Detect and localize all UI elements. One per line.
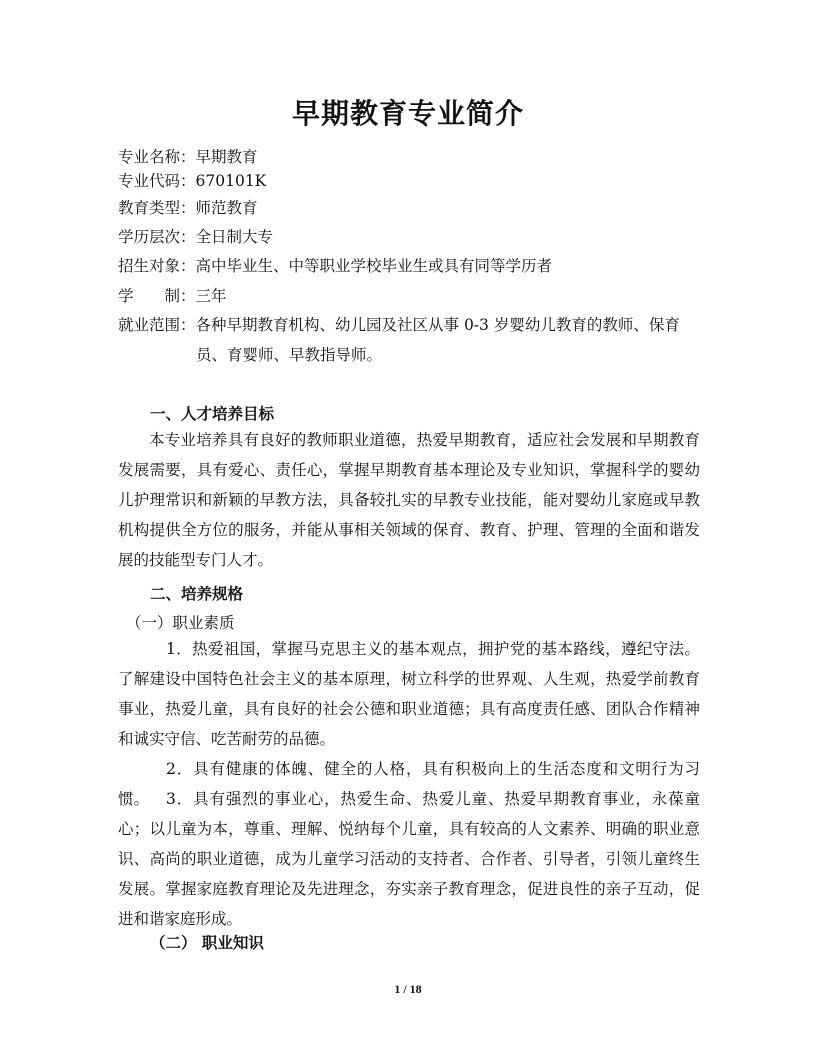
info-label: 教育类型： <box>118 198 196 218</box>
section-heading-training-spec: 二、培养规格 <box>150 584 243 604</box>
list-item-quality-3: 3．具有强烈的事业心，热爱生命、热爱儿童、热爱早期教育事业，永葆童心；以儿童为本… <box>118 784 700 934</box>
info-label: 学 制： <box>118 286 196 306</box>
info-label: 招生对象： <box>118 256 196 276</box>
info-education-type: 教育类型：师范教育 <box>118 198 258 218</box>
section-heading-training-goal: 一、人才培养目标 <box>150 404 274 424</box>
info-education-level: 学历层次：全日制大专 <box>118 227 273 247</box>
document-title: 早期教育专业简介 <box>0 92 816 132</box>
info-duration: 学 制：三年 <box>118 286 227 306</box>
paragraph-training-goal: 本专业培养具有良好的教师职业道德，热爱早期教育，适应社会发展和早期教育发展需要，… <box>118 425 700 575</box>
subsection-heading-professional-knowledge: （二） 职业知识 <box>150 933 264 953</box>
info-employment-scope: 就业范围：各种早期教育机构、幼儿园及社区从事 0-3 岁婴幼儿教育的教师、保育 <box>118 315 680 335</box>
info-label: 专业名称： <box>118 147 196 167</box>
info-major-name: 专业名称：早期教育 <box>118 147 258 167</box>
subsection-heading-professional-quality: （一）职业素质 <box>126 613 235 633</box>
info-value: 670101K <box>196 172 267 190</box>
info-value: 高中毕业生、中等职业学校毕业生或具有同等学历者 <box>196 257 553 275</box>
document-page: 早期教育专业简介 专业名称：早期教育 专业代码：670101K 教育类型：师范教… <box>0 0 816 1056</box>
page-indicator: 1 / 18 <box>0 982 816 997</box>
list-item-quality-1: 1．热爱祖国，掌握马克思主义的基本观点，拥护党的基本路线，遵纪守法。了解建设中国… <box>118 634 700 754</box>
info-employment-scope-continuation: 员、育婴师、早教指导师。 <box>196 345 382 365</box>
info-value: 全日制大专 <box>196 228 274 246</box>
info-major-code: 专业代码：670101K <box>118 171 266 191</box>
info-label: 学历层次： <box>118 227 196 247</box>
info-value: 师范教育 <box>196 199 258 217</box>
info-value: 各种早期教育机构、幼儿园及社区从事 0-3 岁婴幼儿教育的教师、保育 <box>196 316 680 334</box>
info-label: 就业范围： <box>118 315 196 335</box>
info-value: 早期教育 <box>196 148 258 166</box>
info-value: 三年 <box>196 287 227 305</box>
info-label: 专业代码： <box>118 171 196 191</box>
info-enrollment-target: 招生对象：高中毕业生、中等职业学校毕业生或具有同等学历者 <box>118 256 552 276</box>
